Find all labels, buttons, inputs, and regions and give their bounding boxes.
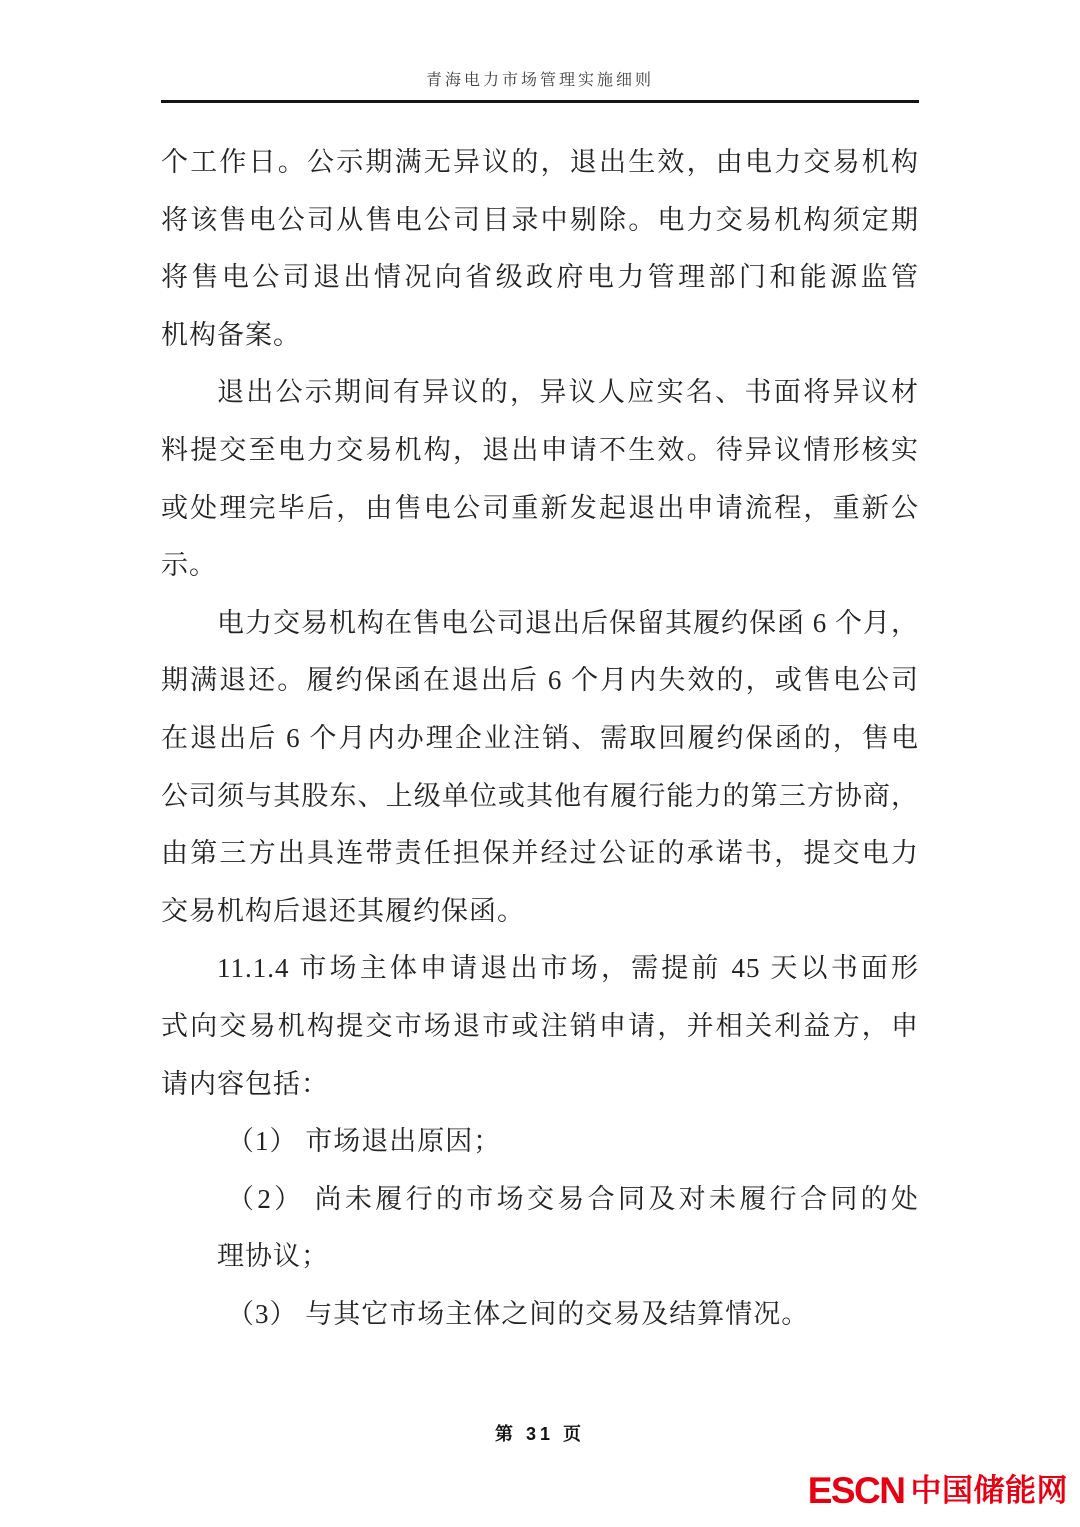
text-line: 将该售电公司从售电公司目录中剔除。电力交易机构须定期 [161, 192, 919, 250]
text-line: 式向交易机构提交市场退市或注销申请，并相关利益方，申 [161, 998, 919, 1056]
text-line: 将售电公司退出情况向省级政府电力管理部门和能源监管 [161, 249, 919, 307]
text-line: 公司须与其股东、上级单位或其他有履行能力的第三方协商， [161, 768, 919, 826]
document-page: 青海电力市场管理实施细则 个工作日。公示期满无异议的，退出生效，由电力交易机构将… [0, 0, 1080, 1527]
text-line: 料提交至电力交易机构，退出申请不生效。待异议情形核实 [161, 422, 919, 480]
page-footer: 第 31 页 [0, 1420, 1080, 1446]
header-rule [161, 100, 919, 103]
text-line: 期满退还。履约保函在退出后 6 个月内失效的，或售电公司 [161, 652, 919, 710]
text-line: 11.1.4 市场主体申请退出市场，需提前 45 天以书面形 [161, 940, 919, 998]
escn-logo: ESCN 中国储能网 [808, 1469, 1068, 1511]
text-line: 请内容包括： [161, 1056, 919, 1114]
text-line: （3） 与其它市场主体之间的交易及结算情况。 [161, 1286, 919, 1344]
escn-logo-chinese: 中国储能网 [911, 1475, 1069, 1506]
text-line: 示。 [161, 537, 919, 595]
text-line: 交易机构后退还其履约保函。 [161, 883, 919, 941]
page-number: 第 31 页 [495, 1424, 585, 1444]
text-line: 或处理完毕后，由售电公司重新发起退出申请流程，重新公 [161, 480, 919, 538]
running-head-title: 青海电力市场管理实施细则 [0, 70, 1080, 92]
text-line: 理协议； [161, 1228, 919, 1286]
document-body: 个工作日。公示期满无异议的，退出生效，由电力交易机构将该售电公司从售电公司目录中… [161, 134, 919, 1343]
text-line: 退出公示期间有异议的，异议人应实名、书面将异议材 [161, 364, 919, 422]
escn-logo-latin: ESCN [808, 1472, 905, 1509]
text-line: （2） 尚未履行的市场交易合同及对未履行合同的处 [161, 1171, 919, 1229]
text-line: 机构备案。 [161, 307, 919, 365]
text-line: 由第三方出具连带责任担保并经过公证的承诺书，提交电力 [161, 825, 919, 883]
text-line: 个工作日。公示期满无异议的，退出生效，由电力交易机构 [161, 134, 919, 192]
text-line: 在退出后 6 个月内办理企业注销、需取回履约保函的，售电 [161, 710, 919, 768]
text-line: 电力交易机构在售电公司退出后保留其履约保函 6 个月， [161, 595, 919, 653]
text-line: （1） 市场退出原因； [161, 1113, 919, 1171]
